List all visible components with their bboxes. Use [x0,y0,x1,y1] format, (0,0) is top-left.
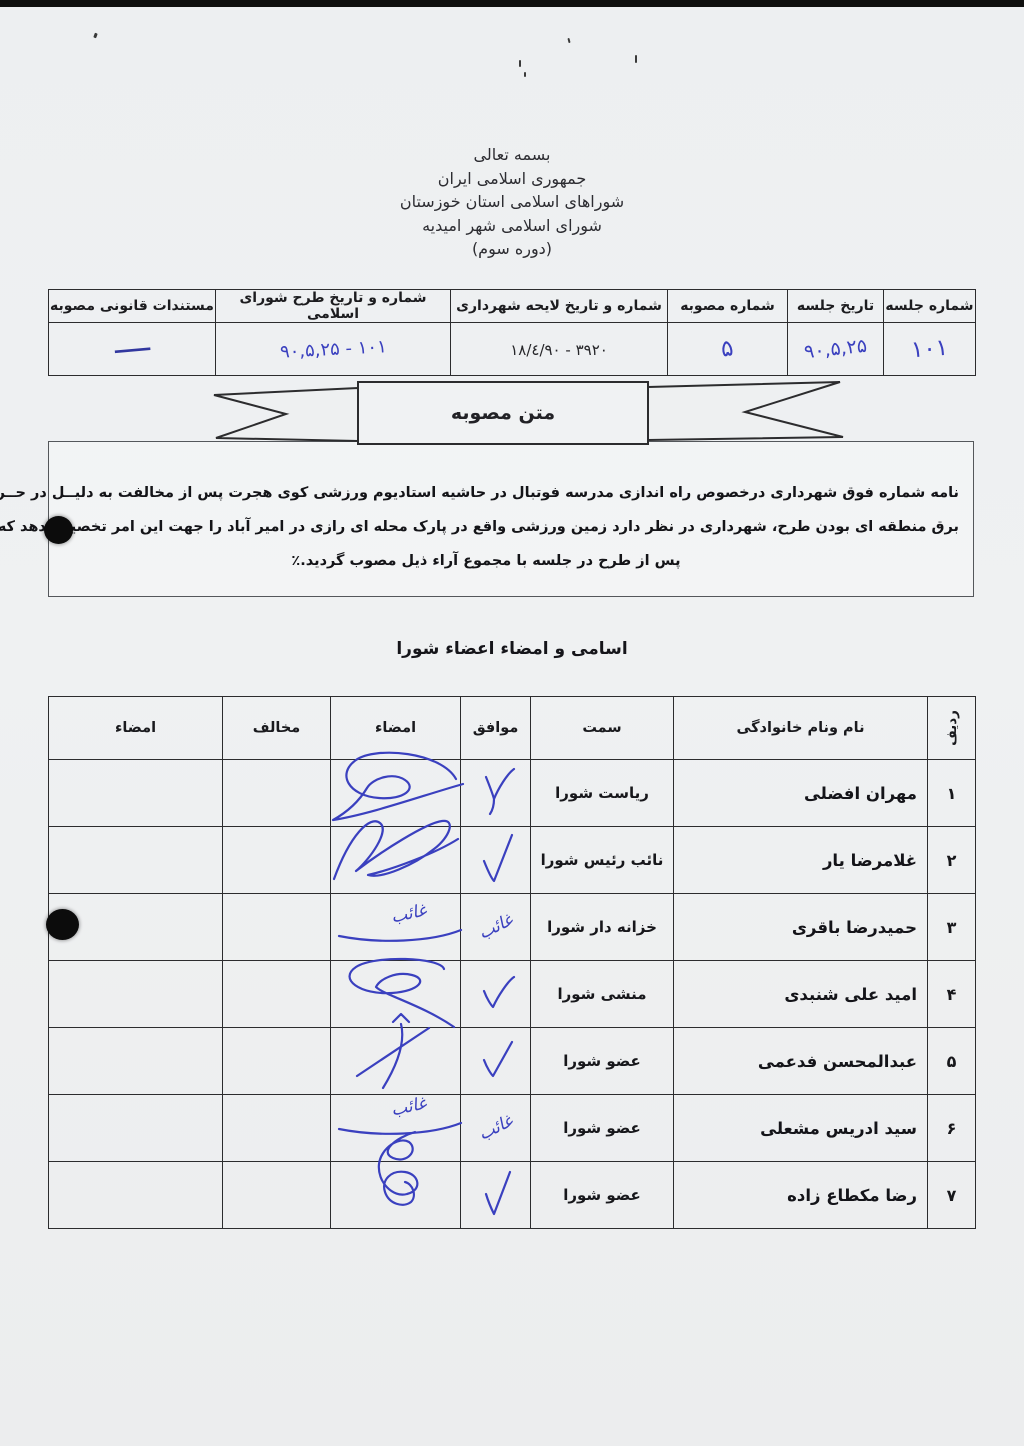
members-signature-table: ردیف نام ونام خانوادگی سمت موافق امضاء م… [48,696,976,1229]
oppose-cell [223,827,331,894]
bill-number-date-value: ۳۹۲۰ - ۹۰/٤/۱۸ [510,341,608,359]
member-position: ریاست شورا [531,760,674,827]
members-header-oppose: مخالف [223,697,331,760]
absent-note-handwritten: غائب [475,910,516,944]
agree-checkmark-icon [476,1168,516,1218]
signature-cell-2 [49,1095,223,1162]
member-name: مهران افضلی [674,760,928,827]
row-number-header-rotated: ردیف [943,710,959,746]
letterhead-line-province-councils: شوراهای اسلامی استان خوزستان [0,190,1024,214]
meta-header-session-date: تاریخ جلسه [788,290,884,323]
member-name: غلامرضا یار [674,827,928,894]
signature-cell-2 [49,961,223,1028]
banner-ribbon: متن مصوبه [210,379,850,449]
letterhead-line-city-council: شورای اسلامی شهر امیدیه [0,214,1024,238]
members-header-agree: موافق [461,697,531,760]
oppose-cell [223,760,331,827]
agree-checkmark-icon [476,969,516,1015]
meta-header-legal-basis: مستندات قانونی مصوبه [49,290,216,323]
member-position: عضو شورا [531,1162,674,1229]
member-signature-scribble [326,809,466,905]
oppose-cell [223,961,331,1028]
member-position: نائب رئیس شورا [531,827,674,894]
letterhead-line-bismillah: بسمه تعالی [0,143,1024,167]
scanner-edge-strip [0,0,1024,7]
member-position: عضو شورا [531,1028,674,1095]
members-header-position: سمت [531,697,674,760]
member-no: ۶ [928,1095,976,1162]
resolution-line-2: برق منطقه ای بودن طرح، شهرداری در نظر دا… [63,510,959,544]
legal-basis-dash: — [111,335,153,362]
member-signature-scribble [351,1126,441,1238]
members-header-row: ردیف نام ونام خانوادگی سمت موافق امضاء م… [49,697,976,760]
signature-cell-2 [49,1028,223,1095]
signature-cell-2 [49,760,223,827]
agree-checkmark-icon [474,765,518,817]
member-no: ۴ [928,961,976,1028]
resolution-number-handwritten: ۵ [720,335,736,362]
scan-speck [524,72,526,77]
punch-hole [46,909,79,940]
session-number-handwritten: ۱۰۱ [910,335,949,364]
oppose-cell [223,1028,331,1095]
resolution-line-1: نامه شماره فوق شهرداری درخصوص راه اندازی… [63,476,959,510]
member-no: ۵ [928,1028,976,1095]
member-no: ۷ [928,1162,976,1229]
oppose-cell [223,894,331,961]
resolution-line-3: پس از طرح در جلسه با مجموع آراء ذیل مصوب… [38,544,934,578]
member-position: منشی شورا [531,961,674,1028]
member-row: ۴ امید علی شنبدی منشی شورا [49,961,976,1028]
meta-header-row: شماره جلسه تاریخ جلسه شماره مصوبه شماره … [49,290,976,323]
member-name: حمیدرضا باقری [674,894,928,961]
session-meta-table: شماره جلسه تاریخ جلسه شماره مصوبه شماره … [48,289,976,376]
member-signature-scribble [341,1010,451,1102]
letterhead-line-republic: جمهوری اسلامی ایران [0,167,1024,191]
members-header-signature-2: امضاء [49,697,223,760]
signature-cell-2 [49,827,223,894]
plan-number-date-handwritten: ۱۰۱ - ۹۰,۵,۲۵ [279,336,387,363]
letterhead-line-term: (دوره سوم) [0,237,1024,261]
member-name: سید ادریس مشعلی [674,1095,928,1162]
agree-checkmark-icon [476,1036,516,1082]
member-row: ۵ عبدالمحسن فدعمی عضو شورا [49,1028,976,1095]
members-section-title: اسامی و امضاء اعضاء شورا [0,639,1024,659]
members-header-row-no: ردیف [928,697,976,760]
scan-speck [519,60,521,67]
member-name: امید علی شنبدی [674,961,928,1028]
meta-value-row: ۱۰۱ ۹۰,۵,۲۵ ۵ ۳۹۲۰ - ۹۰/٤/۱۸ ۱۰۱ - ۹۰,۵,… [49,323,976,376]
member-position: خزانه دار شورا [531,894,674,961]
meta-header-plan-no-date: شماره و تاریخ طرح شورای اسلامی [216,290,451,323]
agree-checkmark-icon [474,831,518,885]
meta-header-bill-no-date: شماره و تاریخ لایحه شهرداری [451,290,668,323]
meta-header-session-no: شماره جلسه [884,290,976,323]
signature-swoosh-underline [335,924,465,950]
scanned-council-resolution-page: بسمه تعالی جمهوری اسلامی ایران شوراهای ا… [0,0,1024,1446]
oppose-cell [223,1162,331,1229]
scan-speck [93,33,98,39]
resolution-text: نامه شماره فوق شهرداری درخصوص راه اندازی… [63,476,959,578]
oppose-cell [223,1095,331,1162]
session-date-handwritten: ۹۰,۵,۲۵ [803,335,868,363]
member-row: ۲ غلامرضا یار نائب رئیس شورا [49,827,976,894]
member-no: ۱ [928,760,976,827]
member-name: عبدالمحسن فدعمی [674,1028,928,1095]
meta-header-resolution-no: شماره مصوبه [668,290,788,323]
letterhead: بسمه تعالی جمهوری اسلامی ایران شوراهای ا… [0,143,1024,261]
scan-speck [635,55,637,63]
member-row: ۳ حمیدرضا باقری خزانه دار شورا غائب غائب [49,894,976,961]
members-header-name: نام ونام خانوادگی [674,697,928,760]
resolution-text-box: نامه شماره فوق شهرداری درخصوص راه اندازی… [48,441,974,597]
member-row: ۶ سید ادریس مشعلی عضو شورا غائب غائب [49,1095,976,1162]
punch-hole [44,516,73,544]
member-position: عضو شورا [531,1095,674,1162]
member-name: رضا مکطاع زاده [674,1162,928,1229]
member-no: ۳ [928,894,976,961]
scan-speck [567,38,570,43]
member-row: ۷ رضا مکطاع زاده عضو شورا [49,1162,976,1229]
member-row: ۱ مهران افضلی ریاست شورا [49,760,976,827]
member-no: ۲ [928,827,976,894]
signature-cell-2 [49,1162,223,1229]
banner-title: متن مصوبه [358,382,648,444]
absent-note-handwritten: غائب [475,1111,516,1145]
